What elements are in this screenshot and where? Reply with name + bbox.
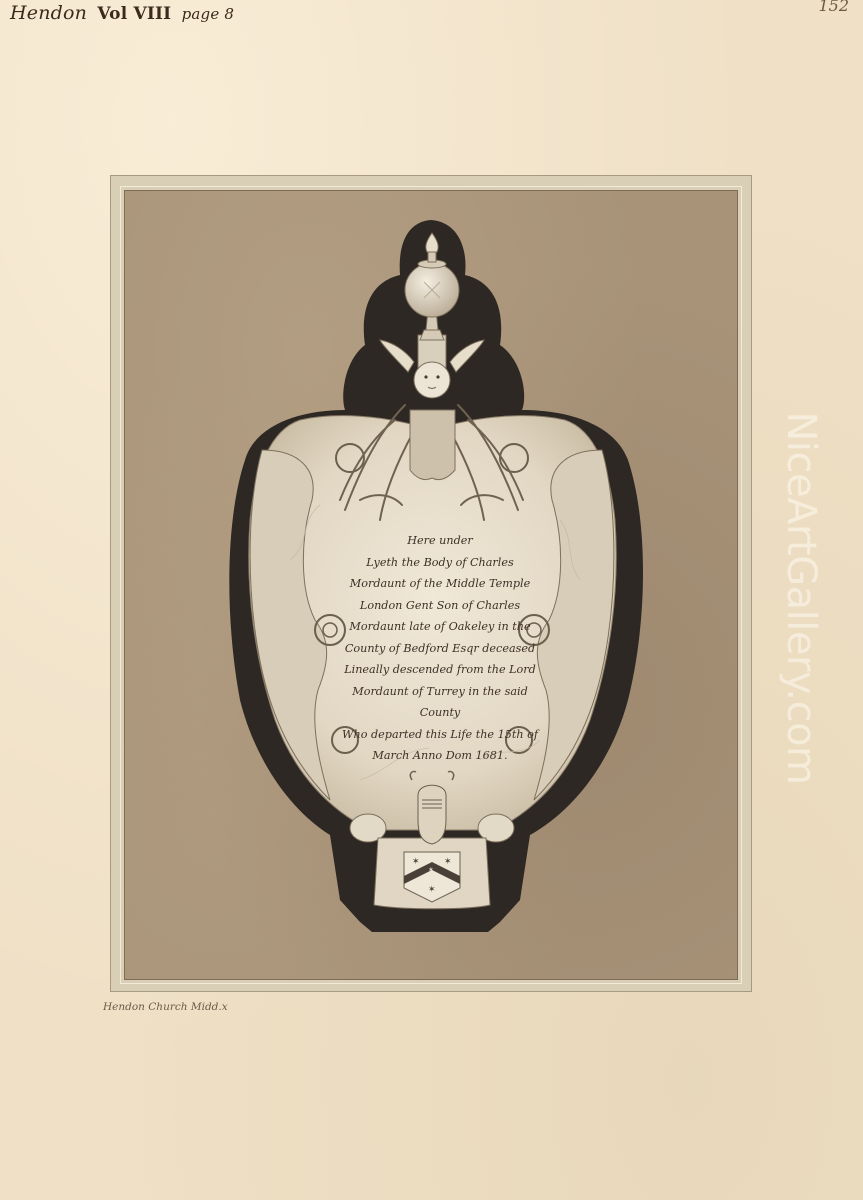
watermark: NiceArtGallery.com [780, 408, 822, 788]
inscription-line: Mordaunt late of Oakeley in the [315, 616, 565, 638]
inscription-line: March Anno Dom 1681. [315, 745, 565, 767]
knight-helm [418, 785, 446, 844]
inscription-line: Lineally descended from the Lord [315, 659, 565, 681]
inscription-line: Mordaunt of the Middle Temple [315, 573, 565, 595]
watermark-text: NiceArtGallery.com [778, 411, 824, 784]
inscription-line: Who departed this Life the 15th of [315, 724, 565, 746]
inscription-line: Lyeth the Body of Charles [315, 552, 565, 574]
svg-text:✶: ✶ [428, 885, 436, 895]
caption: Hendon Church Midd.x [103, 1001, 228, 1013]
svg-text:✶: ✶ [412, 857, 420, 867]
central-plaque [410, 410, 455, 480]
inscription-line: Here under [315, 530, 565, 552]
inscription-text: Here under Lyeth the Body of Charles Mor… [315, 530, 565, 767]
svg-text:✶: ✶ [444, 857, 452, 867]
cherub-head [414, 362, 450, 398]
inscription-line: County [315, 702, 565, 724]
inscription-line: County of Bedford Esqr deceased [315, 638, 565, 660]
inscription-line: Mordaunt of Turrey in the said [315, 681, 565, 703]
inscription-line: London Gent Son of Charles [315, 595, 565, 617]
svg-text:✶: ✶ [428, 866, 434, 874]
